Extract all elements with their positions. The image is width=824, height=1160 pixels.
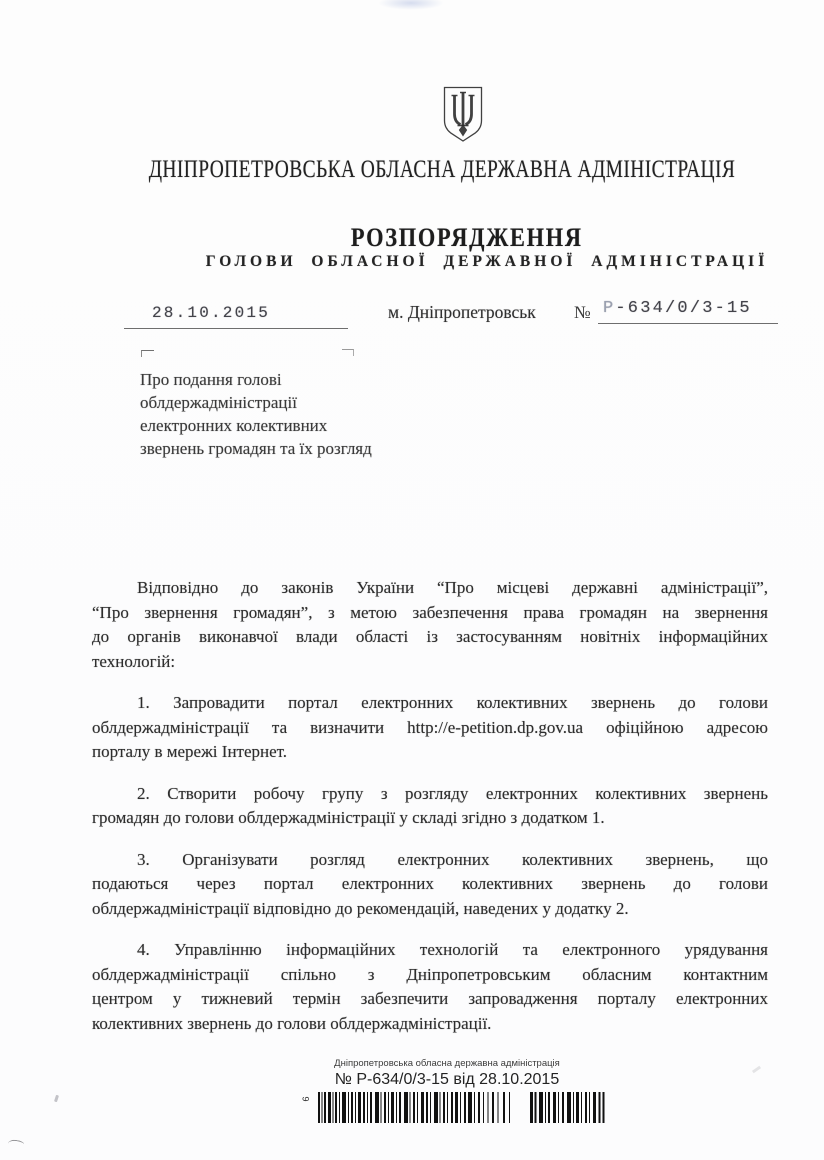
ukraine-trident-emblem-icon: [441, 85, 485, 143]
body-line: подаються через портал електронних колек…: [92, 872, 768, 897]
number-sign-label: №: [574, 302, 591, 323]
corner-mark-left: [141, 350, 154, 357]
corner-mark-right: [342, 349, 354, 356]
body-line: Відповідно до законів України “Про місце…: [92, 576, 768, 601]
subject-line: звернень громадян та їх розгляд: [140, 437, 440, 460]
registration-barcode: [318, 1092, 605, 1123]
body-line: облдержадміністрації відповідно до реком…: [92, 897, 768, 922]
document-number: Р-634/0/3-15: [603, 299, 752, 318]
scan-speck-artifact: [752, 1066, 761, 1074]
scan-smudge-artifact: [378, 0, 444, 10]
scanned-document-page: ДНІПРОПЕТРОВСЬКА ОБЛАСНА ДЕРЖАВНА АДМІНІ…: [0, 0, 824, 1160]
body-line: технологій:: [92, 650, 768, 675]
body-line: колективних звернень до голови облдержад…: [92, 1012, 768, 1037]
scan-pen-mark-artifact: [8, 1139, 25, 1149]
stamp-organization-text: Дніпропетровська обласна державна адміні…: [287, 1058, 607, 1069]
body-line: 1. Запровадити портал електронних колект…: [92, 691, 768, 716]
body-line: 2. Створити робочу групу з розгляду елек…: [92, 782, 768, 807]
body-line: громадян до голови облдержадміністрації …: [92, 806, 768, 831]
body-line: центром у тижневий термін забезпечити за…: [92, 987, 768, 1012]
barcode-side-digit: 9: [301, 1096, 311, 1101]
organization-name: ДНІПРОПЕТРОВСЬКА ОБЛАСНА ДЕРЖАВНА АДМІНІ…: [60, 156, 824, 184]
body-line: “Про звернення громадян”, з метою забезп…: [92, 601, 768, 626]
body-line: до органів виконавчої влади області із з…: [92, 625, 768, 650]
document-subject: Про подання голові облдержадміністрації …: [140, 368, 440, 460]
subject-line: електронних колективних: [140, 414, 440, 437]
document-body: Відповідно до законів України “Про місце…: [92, 576, 768, 1053]
body-line: облдержадміністрації спільно з Дніпропет…: [92, 963, 768, 988]
stamp-registration-number: № Р-634/0/3-15 від 28.10.2015: [287, 1071, 607, 1089]
date-underline: [124, 328, 348, 329]
number-underline: [598, 323, 778, 324]
body-line: облдержадміністрації та визначити http:/…: [92, 716, 768, 741]
document-title: РОЗПОРЯДЖЕННЯ: [110, 223, 824, 253]
subject-line: Про подання голові: [140, 368, 440, 391]
subject-line: облдержадміністрації: [140, 391, 440, 414]
item-4-paragraph: 4. Управлінню інформаційних технологій т…: [92, 938, 768, 1036]
item-3-paragraph: 3. Організувати розгляд електронних коле…: [92, 848, 768, 922]
body-line: 4. Управлінню інформаційних технологій т…: [92, 938, 768, 963]
intro-paragraph: Відповідно до законів України “Про місце…: [92, 576, 768, 674]
body-line: 3. Організувати розгляд електронних коле…: [92, 848, 768, 873]
document-city: м. Дніпропетровськ: [388, 302, 536, 323]
body-line: порталу в мережі Інтернет.: [92, 740, 768, 765]
document-subtitle: ГОЛОВИ ОБЛАСНОЇ ДЕРЖАВНОЇ АДМІНІСТРАЦІЇ: [130, 253, 824, 271]
item-1-paragraph: 1. Запровадити портал електронних колект…: [92, 691, 768, 765]
document-date: 28.10.2015: [152, 304, 270, 322]
item-2-paragraph: 2. Створити робочу групу з розгляду елек…: [92, 782, 768, 831]
scan-speck-artifact: [54, 1095, 59, 1103]
